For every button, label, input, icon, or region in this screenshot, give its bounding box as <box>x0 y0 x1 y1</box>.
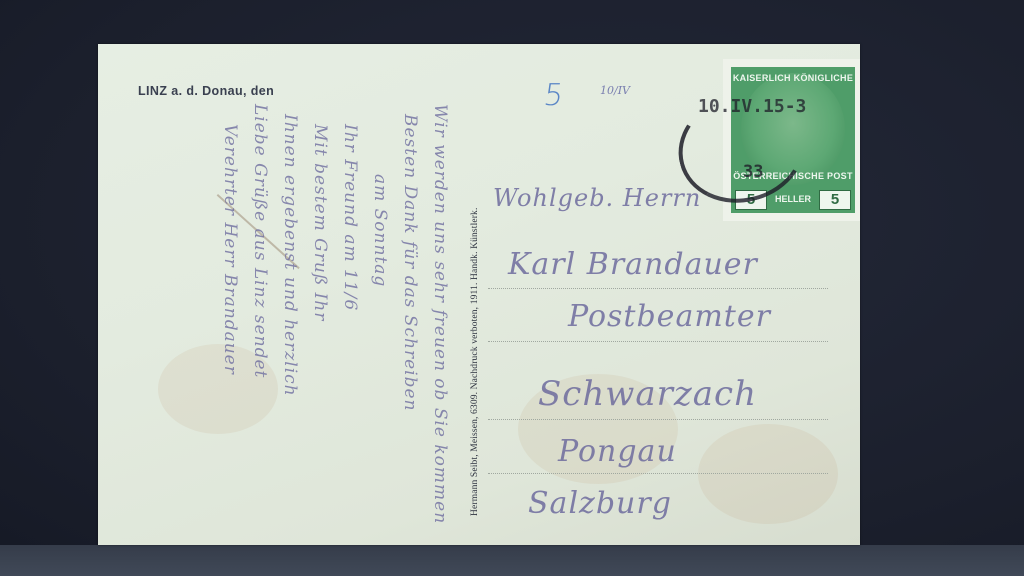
postmark-code: 33 <box>743 162 763 182</box>
postmark-date: 10.IV.15-3 <box>698 96 806 117</box>
publisher-imprint: Hermann Seibt, Meissen, 6309. Nachdruck … <box>470 208 480 516</box>
address-name: Karl Brandauer <box>508 247 758 282</box>
stamp-denomination: HELLER <box>771 194 815 204</box>
pencil-note-number: 5 <box>542 78 566 113</box>
stamp-inscription-top: KAISERLICH KÖNIGLICHE <box>731 73 855 83</box>
address-line <box>488 419 828 420</box>
message-line: am Sonntag <box>370 174 390 287</box>
address-town: Schwarzach <box>538 374 757 414</box>
stamp-value-right: 5 <box>819 190 851 210</box>
message-line: Verehrter Herr Brandauer <box>220 124 240 375</box>
age-stain <box>698 424 838 524</box>
printed-header: LINZ a. d. Donau, den <box>138 84 274 98</box>
message-line: Besten Dank für das Schreiben <box>400 114 420 412</box>
address-title: Postbeamter <box>568 299 771 334</box>
address-district: Pongau <box>558 434 677 469</box>
address-line <box>488 473 828 474</box>
message-line: Ihr Freund am 11/6 <box>340 124 360 311</box>
message-line: Wir werden uns sehr freuen ob Sie kommen <box>430 104 450 524</box>
message-line: Liebe Grüße aus Linz sendet <box>250 104 270 378</box>
address-line <box>488 288 828 289</box>
address-region: Salzburg <box>528 486 672 521</box>
address-line <box>488 341 828 342</box>
address-salutation: Wohlgeb. Herrn <box>493 184 701 212</box>
message-line: Ihnen ergebenst und herzlich <box>280 114 300 397</box>
postcard: LINZ a. d. Donau, den Wir werden uns seh… <box>98 44 860 545</box>
message-line: Mit bestem Gruß Ihr <box>310 124 330 321</box>
display-ledge <box>0 545 1024 576</box>
pencil-note-date: 10/IV <box>600 84 630 97</box>
